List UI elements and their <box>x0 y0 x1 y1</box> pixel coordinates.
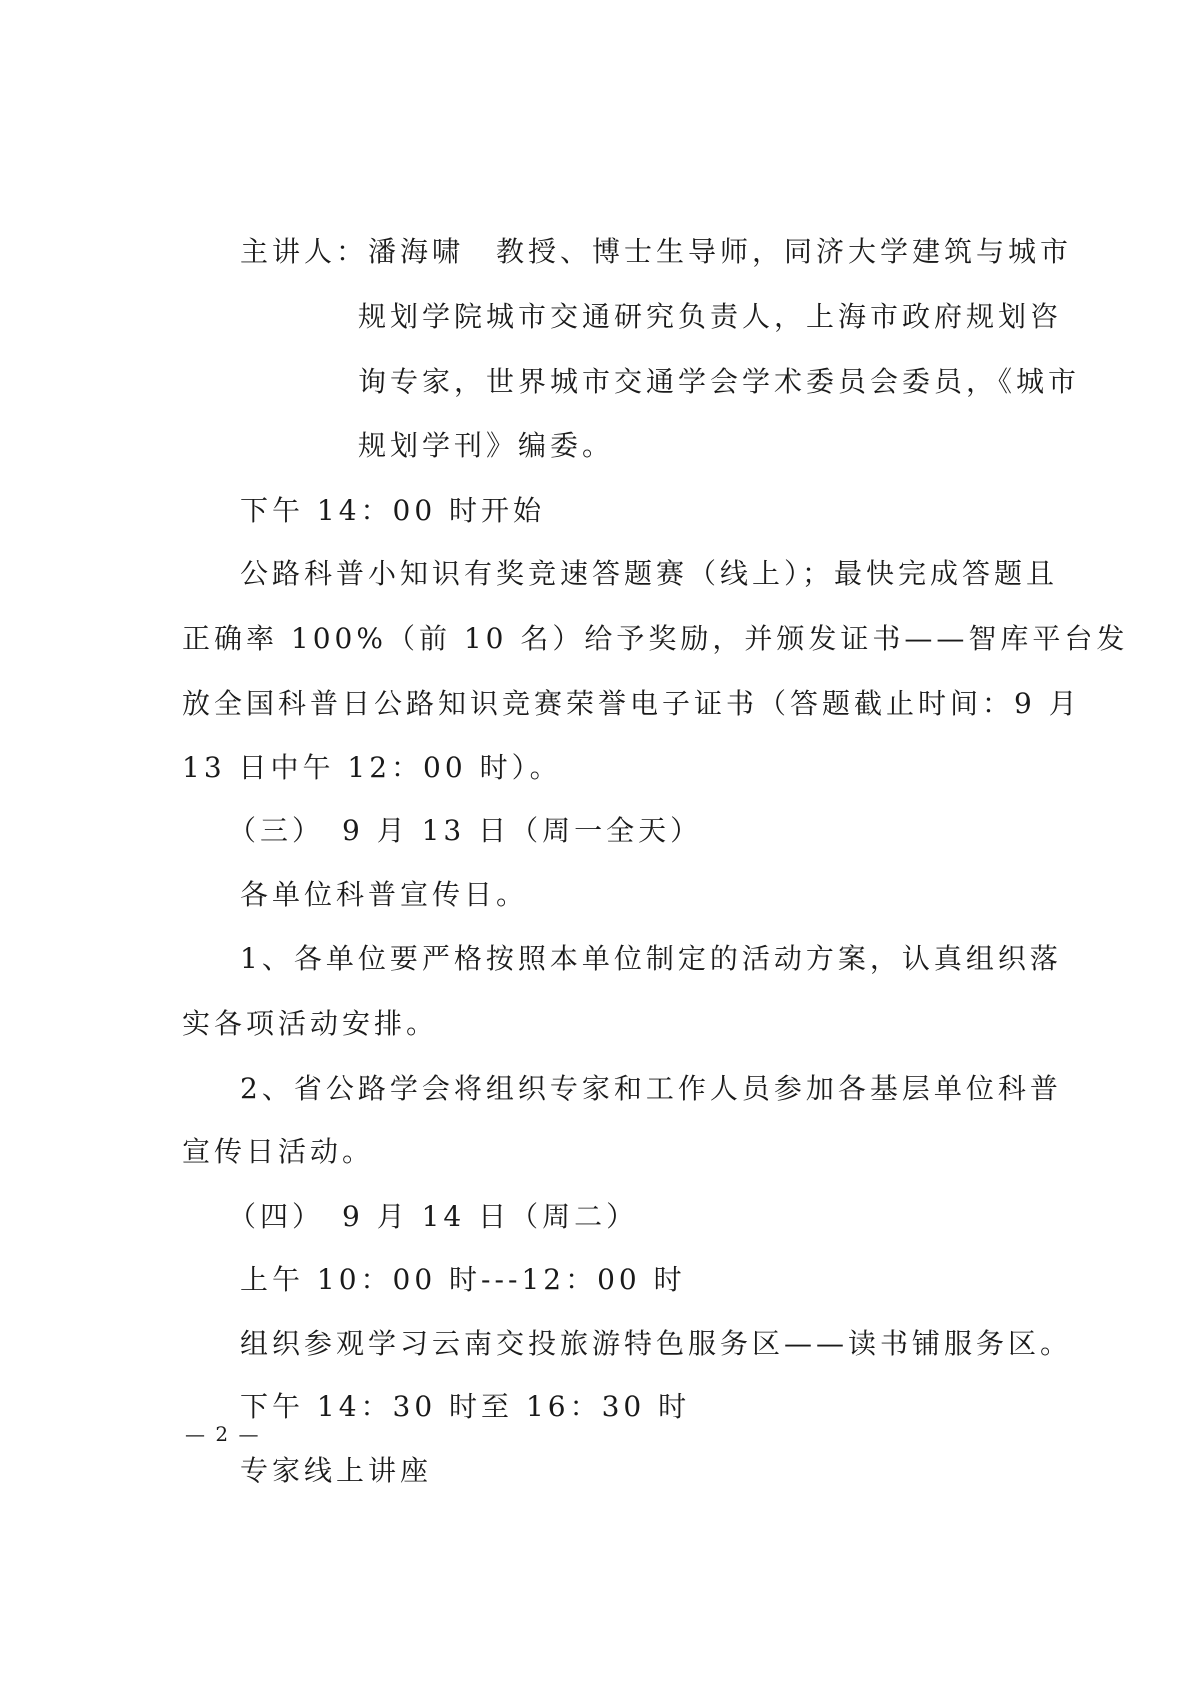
text-line: 下午 14：00 时开始 <box>240 497 545 525</box>
text-line: （四） 9 月 14 日（周二） <box>228 1203 638 1231</box>
text-line: 实各项活动安排。 <box>182 1010 438 1038</box>
text-line: 正确率 100%（前 10 名）给予奖励，并颁发证书——智库平台发 <box>182 625 1128 653</box>
text-line: 各单位科普宣传日。 <box>240 881 528 909</box>
text-line: 宣传日活动。 <box>182 1138 374 1166</box>
text-line: 专家线上讲座 <box>240 1457 432 1485</box>
text-line: （三） 9 月 13 日（周一全天） <box>228 817 702 845</box>
text-line: 询专家，世界城市交通学会学术委员会委员，《城市 <box>358 368 1080 396</box>
text-line: 2、省公路学会将组织专家和工作人员参加各基层单位科普 <box>240 1075 1062 1103</box>
text-line: 放全国科普日公路知识竞赛荣誉电子证书（答题截止时间：9 月 <box>182 690 1081 718</box>
text-line: 规划学院城市交通研究负责人，上海市政府规划咨 <box>358 303 1062 331</box>
text-line: 组织参观学习云南交投旅游特色服务区——读书铺服务区。 <box>240 1330 1072 1358</box>
text-line: 主讲人：潘海啸 教授、博士生导师，同济大学建筑与城市 <box>240 238 1072 266</box>
text-line: 规划学刊》编委。 <box>358 432 614 460</box>
text-line: 公路科普小知识有奖竞速答题赛（线上）；最快完成答题且 <box>240 560 1058 588</box>
text-line: 下午 14：30 时至 16：30 时 <box>240 1393 690 1421</box>
text-line: 1、各单位要严格按照本单位制定的活动方案，认真组织落 <box>240 945 1062 973</box>
page-number: — 2 — <box>185 1422 260 1446</box>
text-line: 13 日中午 12：00 时）。 <box>182 754 562 782</box>
text-line: 上午 10：00 时---12：00 时 <box>240 1266 686 1294</box>
